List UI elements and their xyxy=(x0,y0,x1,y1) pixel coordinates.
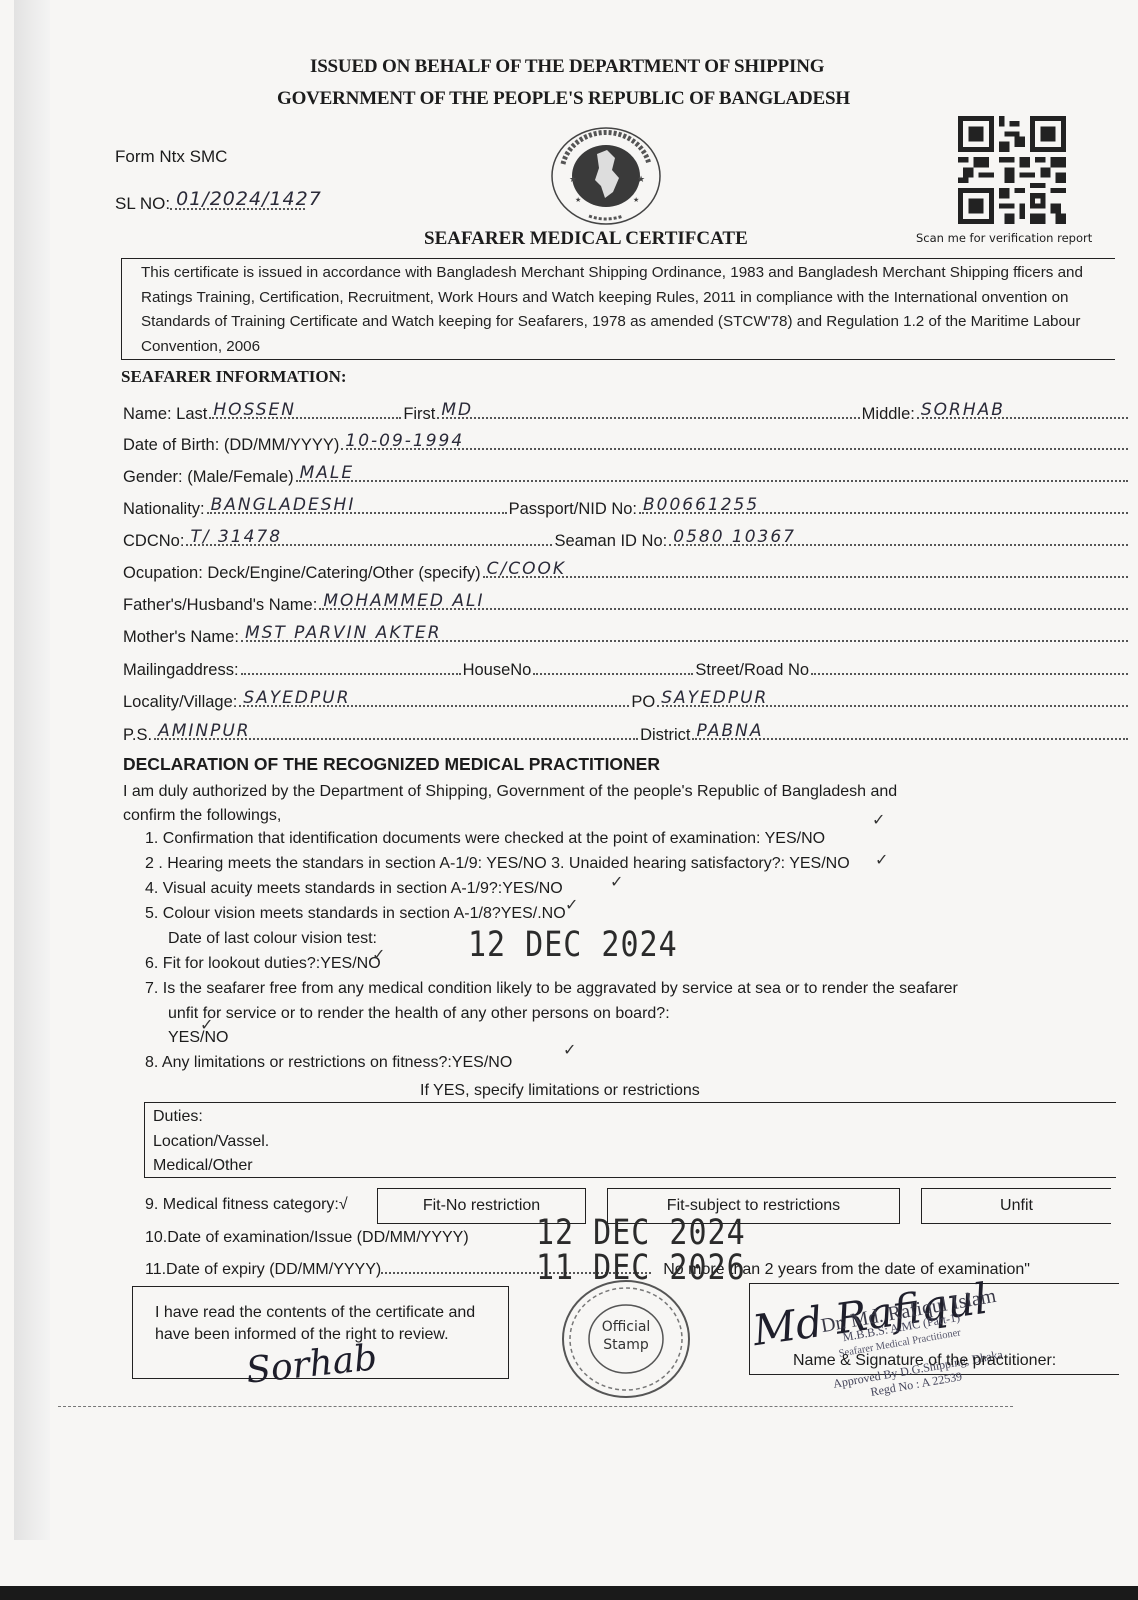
svg-text:★: ★ xyxy=(569,174,577,184)
po-value: SAYEDPUR xyxy=(661,688,768,708)
stamp-line-1: Official xyxy=(560,1318,692,1336)
fitness-category-label: 9. Medical fitness category:√ xyxy=(145,1196,348,1214)
dob-row: Date of Birth: (DD/MM/YYYY) 10-09-1994 xyxy=(123,431,1130,455)
passport-label: Passport/NID No: xyxy=(509,500,637,519)
scan-edge-bottom xyxy=(0,1586,1138,1600)
last-name-value: HOSSEN xyxy=(213,400,296,420)
mother-name-label: Mother's Name: xyxy=(123,628,239,647)
mailing-address-field[interactable] xyxy=(241,672,461,675)
restriction-duties-label: Duties: xyxy=(153,1105,1116,1130)
father-name-value: MOHAMMED ALI xyxy=(323,591,484,611)
restrictions-heading: If YES, specify limitations or restricti… xyxy=(420,1082,700,1100)
nationality-field[interactable]: BANGLADESHI xyxy=(207,511,507,514)
declaration-title: DECLARATION OF THE RECOGNIZED MEDICAL PR… xyxy=(123,754,660,775)
first-name-value: MD xyxy=(441,400,473,420)
ps-row: P.S. AMINPUR District PABNA xyxy=(123,721,1130,745)
seaman-id-value: 0580 10367 xyxy=(673,527,796,547)
occupation-row: Ocupation: Deck/Engine/Catering/Other (s… xyxy=(123,559,1130,583)
gender-field[interactable]: MALE xyxy=(296,479,1128,482)
expiry-date-label: 11.Date of expiry (DD/MM/YYYY) xyxy=(145,1261,381,1279)
locality-value: SAYEDPUR xyxy=(243,688,350,708)
official-stamp-label: Official Stamp xyxy=(560,1318,692,1354)
mother-name-value: MST PARVIN AKTER xyxy=(245,623,442,643)
restriction-location-label: Location/Vassel. xyxy=(153,1130,1116,1155)
fitness-category-text: 9. Medical fitness category: xyxy=(145,1196,339,1213)
fitness-tick-mark: √ xyxy=(339,1196,348,1213)
cdc-label: CDCNo: xyxy=(123,532,184,551)
seaman-id-label: Seaman ID No: xyxy=(554,532,667,551)
gender-label: Gender: (Male/Female) xyxy=(123,468,294,487)
street-road-label: Street/Road No xyxy=(695,661,809,680)
ps-value: AMINPUR xyxy=(158,721,251,741)
declaration-intro-line1: I am duly authorized by the Department o… xyxy=(123,780,897,805)
ps-label: P.S. xyxy=(123,726,152,745)
father-name-field[interactable]: MOHAMMED ALI xyxy=(319,607,1128,610)
occupation-value: C/COOK xyxy=(487,559,566,579)
seaman-id-field[interactable]: 0580 10367 xyxy=(669,543,1128,546)
house-no-label: HouseNo xyxy=(463,661,532,680)
first-name-field[interactable]: MD xyxy=(437,416,859,419)
house-no-field[interactable] xyxy=(533,672,693,675)
colour-test-label: Date of last colour vision test: xyxy=(168,930,377,948)
legal-basis-text: This certificate is issued in accordance… xyxy=(141,264,1083,355)
practitioner-signature-label: Name & Signature of the practitioner: xyxy=(793,1352,1056,1370)
middle-name-label: Middle: xyxy=(862,405,915,424)
form-bottom-rule xyxy=(58,1406,1013,1407)
seafarer-section-title: SEAFARER INFORMATION: xyxy=(121,367,347,387)
name-row: Name: Last HOSSEN First MD Middle: SORHA… xyxy=(123,400,1130,424)
middle-name-value: SORHAB xyxy=(921,400,1005,420)
tick-q4-yes: ✓ xyxy=(565,895,578,914)
last-name-label: Name: Last xyxy=(123,405,207,424)
qr-code-icon[interactable] xyxy=(958,116,1066,224)
certificate-title: SEAFARER MEDICAL CERTIFCATE xyxy=(424,228,748,250)
declaration-item-1: 1. Confirmation that identification docu… xyxy=(145,830,825,848)
passport-value: B00661255 xyxy=(643,495,759,515)
mailing-row: Mailingaddress: HouseNo Street/Road No xyxy=(123,656,1130,680)
tick-q2-no: ✓ xyxy=(610,872,623,891)
tick-q7-yes: ✓ xyxy=(200,1015,213,1034)
mother-name-field[interactable]: MST PARVIN AKTER xyxy=(241,639,1128,642)
dob-field[interactable]: 10-09-1994 xyxy=(341,447,1128,450)
nationality-value: BANGLADESHI xyxy=(211,495,356,515)
issuer-heading-line2: GOVERNMENT OF THE PEOPLE'S REPUBLIC OF B… xyxy=(277,88,850,110)
tick-q1-yes: ✓ xyxy=(872,810,885,829)
sl-number-value: 01/2024/1427 xyxy=(176,188,322,210)
district-value: PABNA xyxy=(696,721,763,741)
father-name-label: Father's/Husband's Name: xyxy=(123,596,317,615)
sl-number-field: SL NO: 01/2024/1427 xyxy=(115,194,305,214)
svg-text:★: ★ xyxy=(637,174,645,184)
middle-name-field[interactable]: SORHAB xyxy=(917,416,1128,419)
locality-row: Locality/Village: SAYEDPUR PO SAYEDPUR xyxy=(123,688,1130,712)
occupation-label: Ocupation: Deck/Engine/Catering/Other (s… xyxy=(123,564,481,583)
declaration-item-6: 6. Fit for lookout duties?:YES/NO xyxy=(145,955,381,973)
tick-q8-no: ✓ xyxy=(563,1040,576,1059)
sl-number-label: SL NO: xyxy=(115,194,170,214)
restrictions-box: Duties: Location/Vassel. Medical/Other xyxy=(144,1102,1116,1178)
qr-caption: Scan me for verification report xyxy=(916,231,1092,245)
nationality-label: Nationality: xyxy=(123,500,205,519)
svg-text:★: ★ xyxy=(633,196,639,204)
cdc-value: T/ 31478 xyxy=(190,527,282,547)
tick-q3-yes: ✓ xyxy=(875,850,888,869)
locality-field[interactable]: SAYEDPUR xyxy=(239,704,629,707)
acknowledgement-text: I have read the contents of the certific… xyxy=(155,1302,485,1345)
legal-basis-box: This certificate is issued in accordance… xyxy=(121,258,1115,360)
occupation-field[interactable]: C/COOK xyxy=(483,575,1128,578)
declaration-item-7-answer: YES/NO xyxy=(168,1029,228,1047)
father-row: Father's/Husband's Name: MOHAMMED ALI xyxy=(123,591,1130,615)
svg-text:★: ★ xyxy=(575,196,581,204)
mailing-address-label: Mailingaddress: xyxy=(123,661,239,680)
passport-field[interactable]: B00661255 xyxy=(639,511,1128,514)
declaration-intro-line2: confirm the followings, xyxy=(123,804,281,829)
dob-label: Date of Birth: (DD/MM/YYYY) xyxy=(123,436,339,455)
district-field[interactable]: PABNA xyxy=(692,737,1128,740)
colour-test-date-stamp: 12 DEC 2024 xyxy=(468,925,678,965)
tick-q6-yes: ✓ xyxy=(372,945,385,964)
declaration-item-7-cont: unfit for service or to render the healt… xyxy=(168,1005,670,1023)
po-label: PO xyxy=(631,693,655,712)
district-label: District xyxy=(640,726,690,745)
fitness-option-unfit[interactable]: Unfit xyxy=(921,1188,1111,1224)
mother-row: Mother's Name: MST PARVIN AKTER xyxy=(123,623,1130,647)
declaration-item-8: 8. Any limitations or restrictions on fi… xyxy=(145,1054,512,1072)
declaration-item-5: 5. Colour vision meets standards in sect… xyxy=(145,905,566,923)
declaration-item-2-3: 2 . Hearing meets the standars in sectio… xyxy=(145,855,850,873)
declaration-item-4: 4. Visual acuity meets standards in sect… xyxy=(145,880,563,898)
scan-shadow-left xyxy=(14,0,50,1540)
restriction-medical-label: Medical/Other xyxy=(153,1154,1116,1179)
government-seal-icon: ★ ★ ★ ★ xyxy=(549,126,663,226)
cdc-row: CDCNo: T/ 31478 Seaman ID No: 0580 10367 xyxy=(123,527,1130,551)
last-name-field[interactable]: HOSSEN xyxy=(209,416,401,419)
issuer-heading-line1: ISSUED ON BEHALF OF THE DEPARTMENT OF SH… xyxy=(310,56,824,78)
ps-field[interactable]: AMINPUR xyxy=(154,737,638,740)
gender-row: Gender: (Male/Female) MALE xyxy=(123,463,1130,487)
form-code: Form Ntx SMC xyxy=(115,147,227,167)
cdc-field[interactable]: T/ 31478 xyxy=(186,543,552,546)
dob-value: 10-09-1994 xyxy=(345,431,464,451)
po-field[interactable]: SAYEDPUR xyxy=(657,704,1128,707)
exam-date-label: 10.Date of examination/Issue (DD/MM/YYYY… xyxy=(145,1229,469,1247)
stamp-line-2: Stamp xyxy=(560,1336,692,1354)
nationality-row: Nationality: BANGLADESHI Passport/NID No… xyxy=(123,495,1130,519)
street-road-field[interactable] xyxy=(811,672,1128,675)
gender-value: MALE xyxy=(300,463,355,483)
locality-label: Locality/Village: xyxy=(123,693,237,712)
first-name-label: First xyxy=(403,405,435,424)
declaration-item-7: 7. Is the seafarer free from any medical… xyxy=(145,980,958,998)
